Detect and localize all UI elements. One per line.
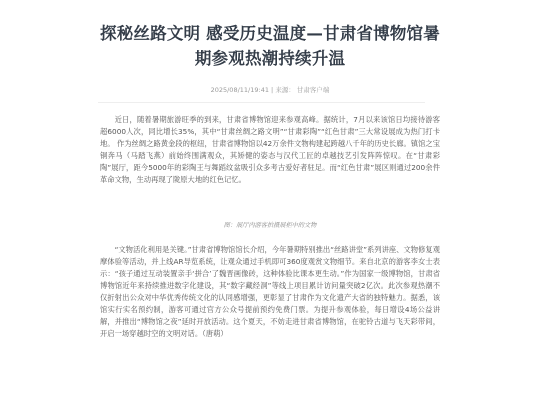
article: 探秘丝路文明 感受历史温度—甘肃省博物馆暑期参观热潮持续升温 2025/08/1… [98,0,442,340]
source-label: 来源： [275,86,295,94]
source-name: 甘肃客户端 [297,86,330,94]
article-paragraph: 近日，随着暑期旅游旺季的到来，甘肃省博物馆迎来参观高峰。据统计，7月以来该馆日均… [98,114,442,186]
article-title: 探秘丝路文明 感受历史温度—甘肃省博物馆暑期参观热潮持续升温 [98,0,442,71]
article-meta: 2025/08/11/19:41 | 来源： 甘肃客户端 [98,86,442,95]
article-paragraph: “文物活化利用是关键。”甘肃省博物馆馆长介绍，今年暑期特别推出“丝路讲堂”系列讲… [98,244,442,340]
image-caption: 图：展厅内游客拍摄展柜中的文物 [98,221,442,230]
publish-datetime: 2025/08/11/19:41 [211,86,269,94]
meta-separator: | [271,86,273,94]
header-divider [98,102,425,103]
